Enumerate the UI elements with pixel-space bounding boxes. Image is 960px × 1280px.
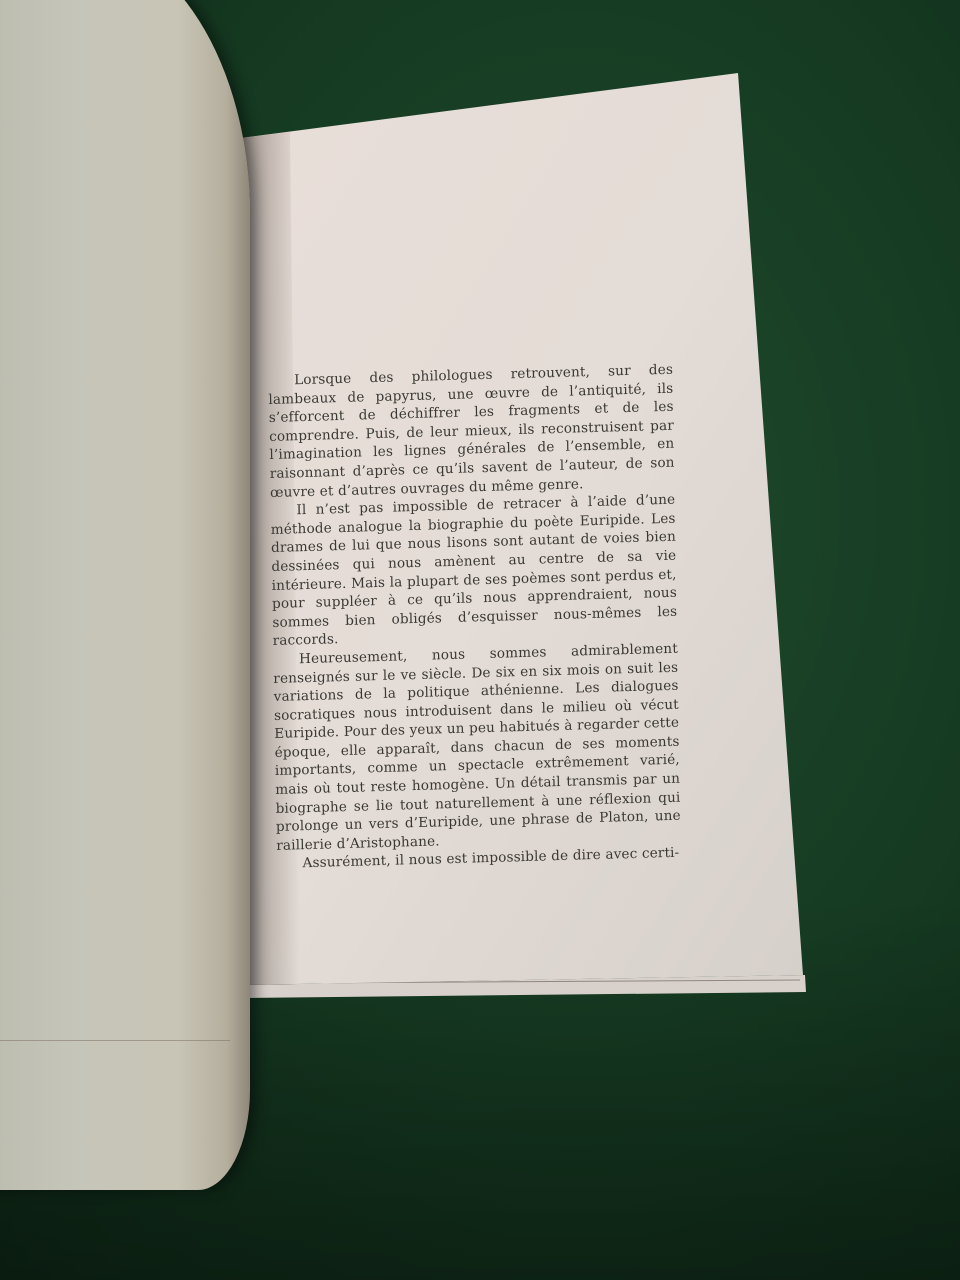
- paragraph: Heureusement, nous sommes admirablement …: [273, 640, 681, 856]
- left-page-edge: [0, 1040, 230, 1191]
- paragraph: Lorsque des philologues retrouvent, sur …: [268, 361, 675, 502]
- photo-scene: Lorsque des philologues retrouvent, sur …: [0, 0, 960, 1280]
- right-page-text: Lorsque des philologues retrouvent, sur …: [268, 361, 682, 874]
- left-page-blank: [0, 0, 250, 1190]
- paragraph: Il n’est pas impossible de retracer à l’…: [270, 491, 677, 651]
